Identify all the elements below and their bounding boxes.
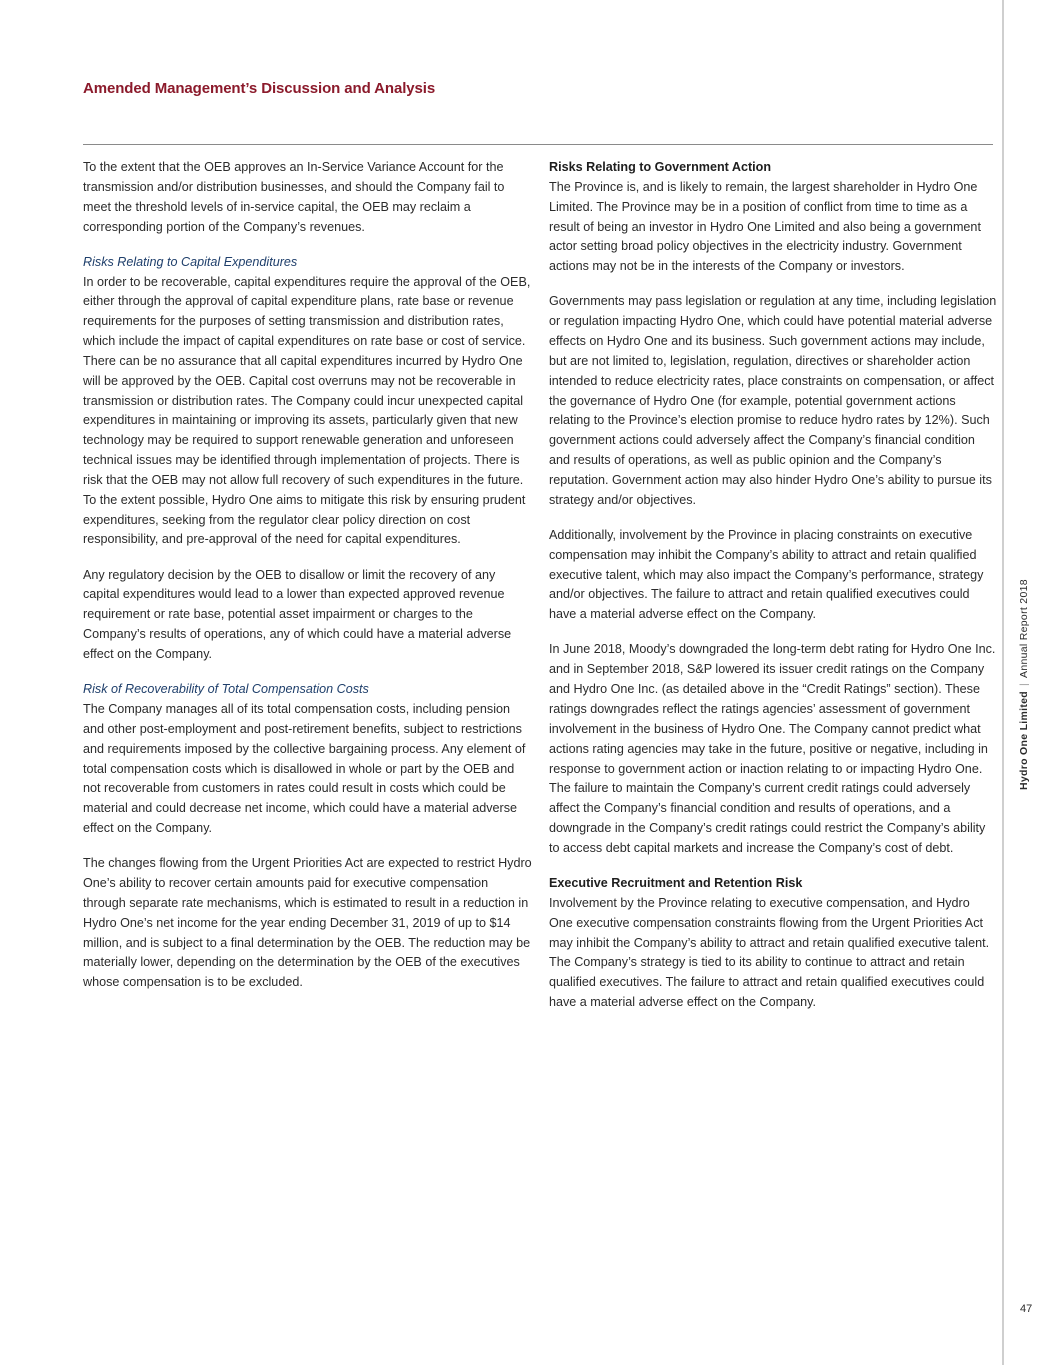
compensation-section: Risk of Recoverability of Total Compensa… — [83, 680, 533, 839]
capex-subheading: Risks Relating to Capital Expenditures — [83, 253, 533, 273]
margin-divider — [1002, 0, 1004, 1365]
executive-subheading: Executive Recruitment and Retention Risk — [549, 874, 997, 894]
running-head: Hydro One Limited|Annual Report 2018 — [1018, 579, 1030, 790]
running-head-company: Hydro One Limited — [1018, 691, 1030, 790]
page-number: 47 — [1020, 1303, 1032, 1315]
executive-section: Executive Recruitment and Retention Risk… — [549, 874, 997, 1013]
compensation-paragraph-1: The Company manages all of its total com… — [83, 702, 525, 835]
page-section-title: Amended Management’s Discussion and Anal… — [83, 80, 435, 97]
right-column: Risks Relating to Government Action The … — [549, 158, 997, 1028]
running-head-separator: | — [1018, 683, 1030, 686]
government-paragraph-1: The Province is, and is likely to remain… — [549, 180, 981, 273]
government-section: Risks Relating to Government Action The … — [549, 158, 997, 277]
government-paragraph-2: Governments may pass legislation or regu… — [549, 292, 997, 510]
executive-paragraph: Involvement by the Province relating to … — [549, 896, 989, 1009]
credit-ratings-paragraph: In June 2018, Moody’s downgraded the lon… — [549, 640, 997, 858]
compensation-subheading: Risk of Recoverability of Total Compensa… — [83, 680, 533, 700]
capex-section: Risks Relating to Capital Expenditures I… — [83, 253, 533, 551]
government-paragraph-3: Additionally, involvement by the Provinc… — [549, 526, 997, 625]
left-column: To the extent that the OEB approves an I… — [83, 158, 533, 1008]
capex-paragraph-1: In order to be recoverable, capital expe… — [83, 275, 530, 547]
capex-paragraph-2: Any regulatory decision by the OEB to di… — [83, 566, 533, 665]
header-divider — [83, 144, 993, 145]
government-subheading: Risks Relating to Government Action — [549, 158, 997, 178]
compensation-paragraph-2: The changes flowing from the Urgent Prio… — [83, 854, 533, 993]
in-service-variance-paragraph: To the extent that the OEB approves an I… — [83, 158, 533, 237]
running-head-report: Annual Report 2018 — [1018, 579, 1030, 678]
